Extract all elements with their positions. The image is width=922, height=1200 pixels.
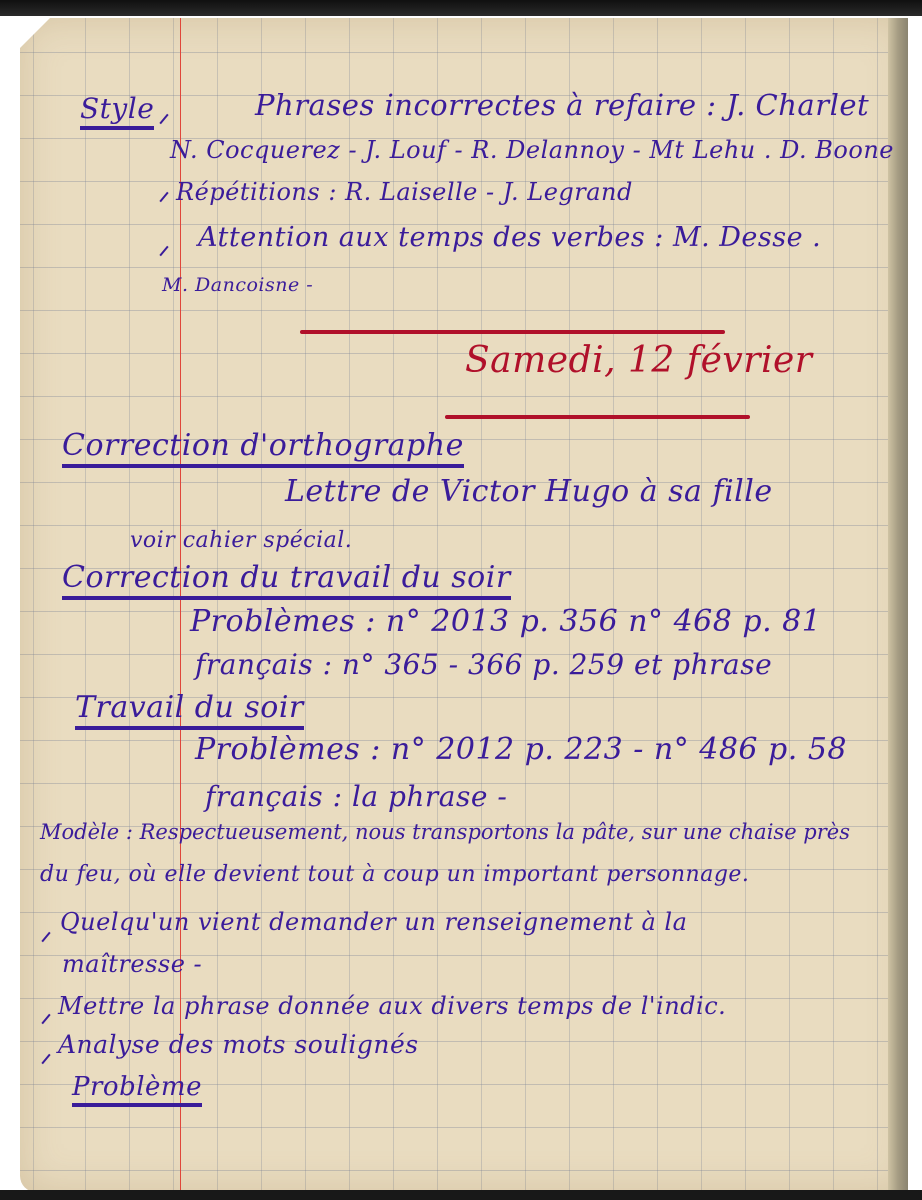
- section-title-travail-du-soir: Travail du soir: [75, 690, 304, 725]
- exercise-model-line-2: du feu, où elle devient tout à coup un i…: [40, 862, 749, 887]
- exercise-line-3: Quelqu'un vient demander un renseignemen…: [60, 908, 687, 936]
- style-line-1: Phrases incorrectes à refaire : J. Charl…: [255, 88, 869, 122]
- section-3-line-2: français : la phrase -: [205, 780, 507, 813]
- exercise-line-4: maîtresse -: [62, 950, 202, 978]
- problem-heading-text: Problème: [72, 1072, 202, 1107]
- exercise-line-5: Mettre la phrase donnée aux divers temps…: [58, 992, 726, 1020]
- date-heading: Samedi, 12 février: [465, 340, 812, 381]
- style-heading: Style: [80, 92, 154, 130]
- style-line-2: N. Cocquerez - J. Louf - R. Delannoy - M…: [170, 136, 894, 164]
- section-title-text: Travail du soir: [75, 690, 304, 730]
- section-2-line-1: Problèmes : n° 2013 p. 356 n° 468 p. 81: [190, 604, 821, 639]
- section-3-line-1: Problèmes : n° 2012 p. 223 - n° 486 p. 5…: [195, 732, 847, 767]
- scan-top-edge: [0, 0, 922, 16]
- section-1-line-2: voir cahier spécial.: [130, 528, 352, 553]
- style-line-3: Répétitions : R. Laiselle - J. Legrand: [176, 178, 633, 206]
- scan-bottom-edge: [0, 1190, 922, 1200]
- date-rule-bottom: [445, 415, 750, 419]
- exercise-line-6: Analyse des mots soulignés: [58, 1030, 419, 1059]
- section-1-line-1: Lettre de Victor Hugo à sa fille: [285, 474, 773, 509]
- section-title-text: Correction du travail du soir: [62, 560, 511, 600]
- problem-heading: Problème: [72, 1072, 202, 1102]
- section-title-orthographe: Correction d'orthographe: [62, 428, 464, 463]
- exercise-model-line-1: Modèle : Respectueusement, nous transpor…: [40, 820, 850, 844]
- notebook-binding: [888, 18, 908, 1192]
- section-title-text: Correction d'orthographe: [62, 428, 464, 468]
- style-line-4: Attention aux temps des verbes : M. Dess…: [198, 222, 821, 253]
- section-2-line-2: français : n° 365 - 366 p. 259 et phrase: [195, 648, 772, 681]
- style-line-5: M. Dancoisne -: [162, 274, 313, 296]
- section-title-correction-travail: Correction du travail du soir: [62, 560, 511, 595]
- date-rule-top: [300, 330, 725, 334]
